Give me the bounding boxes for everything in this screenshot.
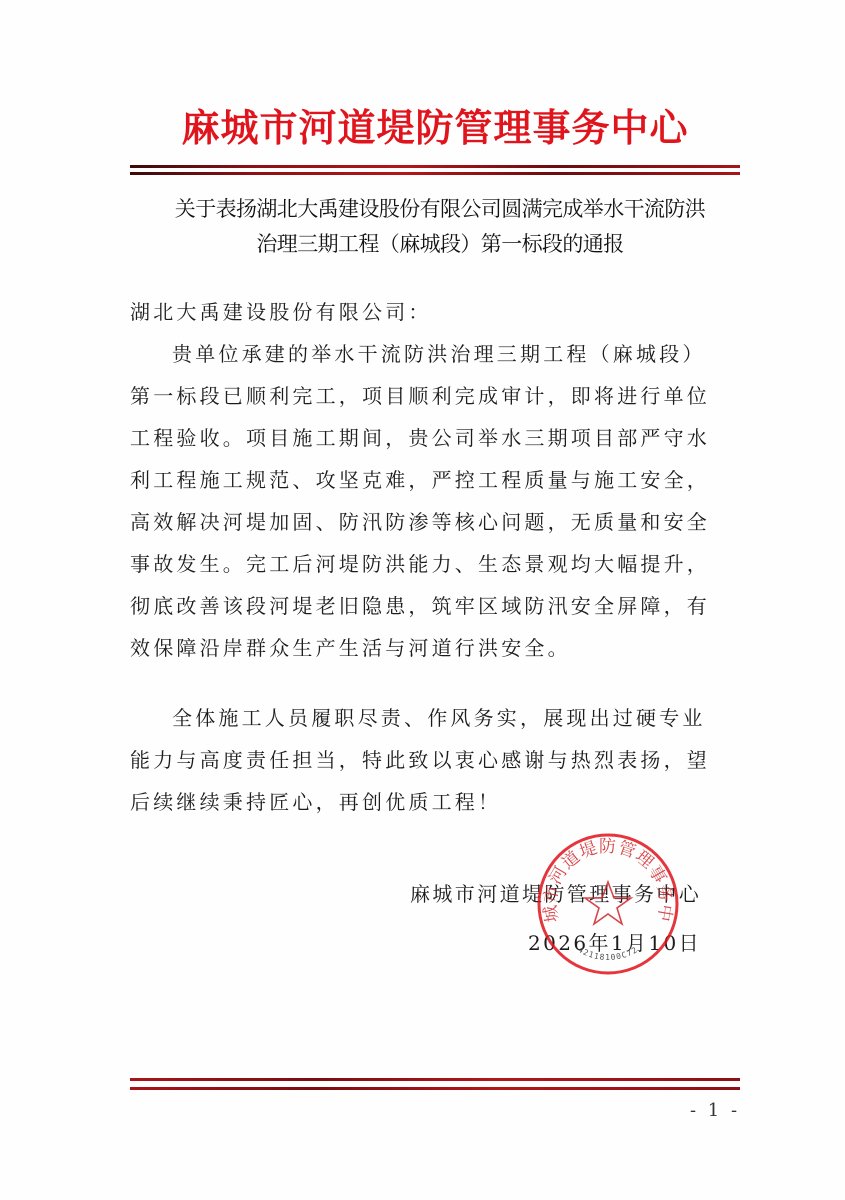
header-rule-upper <box>130 165 740 168</box>
issue-date: 2026年1月10日 <box>528 929 701 957</box>
paragraph-1-line-6: 事故发生。完工后河堤防洪能力、生态景观均大幅提升， <box>130 550 710 578</box>
salutation: 湖北大禹建设股份有限公司： <box>130 298 432 326</box>
footer-rule-lower <box>130 1087 740 1090</box>
paragraph-2-line-3: 后续继续秉持匠心，再创优质工程！ <box>130 788 501 816</box>
header-rule-lower <box>130 172 740 175</box>
paragraph-1-line-2: 第一标段已顺利完工，项目顺利完成审计，即将进行单位 <box>130 382 710 410</box>
title-line-2: 治理三期工程（麻城段）第一标段的通报 <box>120 227 760 262</box>
footer-rule-upper <box>130 1078 740 1081</box>
paragraph-1-line-1: 贵单位承建的举水干流防洪治理三期工程（麻城段） <box>172 340 706 368</box>
paragraph-1-line-5: 高效解决河堤加固、防汛防渗等核心问题，无质量和安全 <box>130 508 710 536</box>
issuer-signature: 麻城市河道堤防管理事务中心 <box>410 880 701 908</box>
page-number: - 1 - <box>690 1099 740 1123</box>
document-title: 关于表扬湖北大禹建设股份有限公司圆满完成举水干流防洪 治理三期工程（麻城段）第一… <box>120 192 760 262</box>
paragraph-2-line-1: 全体施工人员履职尽责、作风务实，展现出过硬专业 <box>172 704 706 732</box>
paragraph-1-line-8: 效保障沿岸群众生产生活与河道行洪安全。 <box>130 634 571 662</box>
paragraph-1-line-3: 工程验收。项目施工期间，贵公司举水三期项目部严守水 <box>130 424 710 452</box>
organization-header: 麻城市河道堤防管理事务中心 <box>130 106 740 150</box>
paragraph-2-line-2: 能力与高度责任担当，特此致以衷心感谢与热烈表扬，望 <box>130 746 710 774</box>
paragraph-1-line-4: 利工程施工规范、攻坚克难，严控工程质量与施工安全， <box>130 466 710 494</box>
seal-text: 麻城市河道堤防管理事务中心 <box>536 832 676 924</box>
document-page: 麻城市河道堤防管理事务中心 关于表扬湖北大禹建设股份有限公司圆满完成举水干流防洪… <box>0 0 845 1200</box>
title-line-1: 关于表扬湖北大禹建设股份有限公司圆满完成举水干流防洪 <box>120 192 760 227</box>
paragraph-1-line-7: 彻底改善该段河堤老旧隐患，筑牢区域防汛安全屏障，有 <box>130 592 710 620</box>
